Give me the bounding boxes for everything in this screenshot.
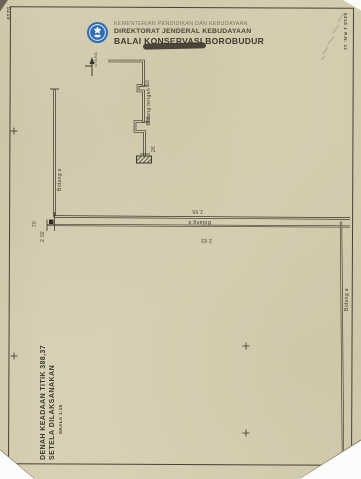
label-right-face: Bidang a xyxy=(344,288,350,311)
left-wall-line xyxy=(50,89,59,217)
dim-step-bottom: 26 xyxy=(151,146,157,152)
dim-left-height: 2.02 xyxy=(40,231,46,242)
right-wall-line xyxy=(341,222,343,458)
label-left-face: Bidang e xyxy=(57,168,63,191)
scanned-drawing-page: KEMENTERIAN PENDIDIKAN DAN KEBUDAYAAN DI… xyxy=(0,0,361,479)
hatched-block xyxy=(137,156,152,163)
archive-number-stamp-right: 5218 1 P.N. 11 xyxy=(343,13,348,51)
tut-wuri-handayani-logo xyxy=(86,21,109,44)
pencil-marks xyxy=(321,13,344,60)
label-bottom-face: Bidang d xyxy=(188,219,211,225)
dim-left-offset: 70 xyxy=(32,221,38,227)
directorate-name: DIREKTORAT JENDERAL KEBUDAYAAN xyxy=(114,28,251,35)
ministry-name: KEMENTERIAN PENDIDIKAN DAN KEBUDAYAAN xyxy=(114,21,248,27)
title-line-2: SETELA DILAKSANAKAN xyxy=(49,342,56,460)
title-scale: SKALA 1:10 xyxy=(58,342,63,434)
dim-step-mid: 26 xyxy=(146,116,152,122)
archive-number-stamp-left: 5218 xyxy=(5,7,11,20)
dim-span-bottom: 2.63 xyxy=(201,237,212,243)
dim-span-top: 2.55 xyxy=(192,208,203,214)
compass-label: UTARA xyxy=(93,52,98,67)
stepped-wall-outline xyxy=(108,61,150,156)
title-line-1: DENAH KEADAAN TITIK 388,37 xyxy=(40,342,47,460)
dim-step-top: 50 xyxy=(145,80,151,86)
title-block: DENAH KEADAAN TITIK 388,37 SETELA DILAKS… xyxy=(40,342,63,460)
